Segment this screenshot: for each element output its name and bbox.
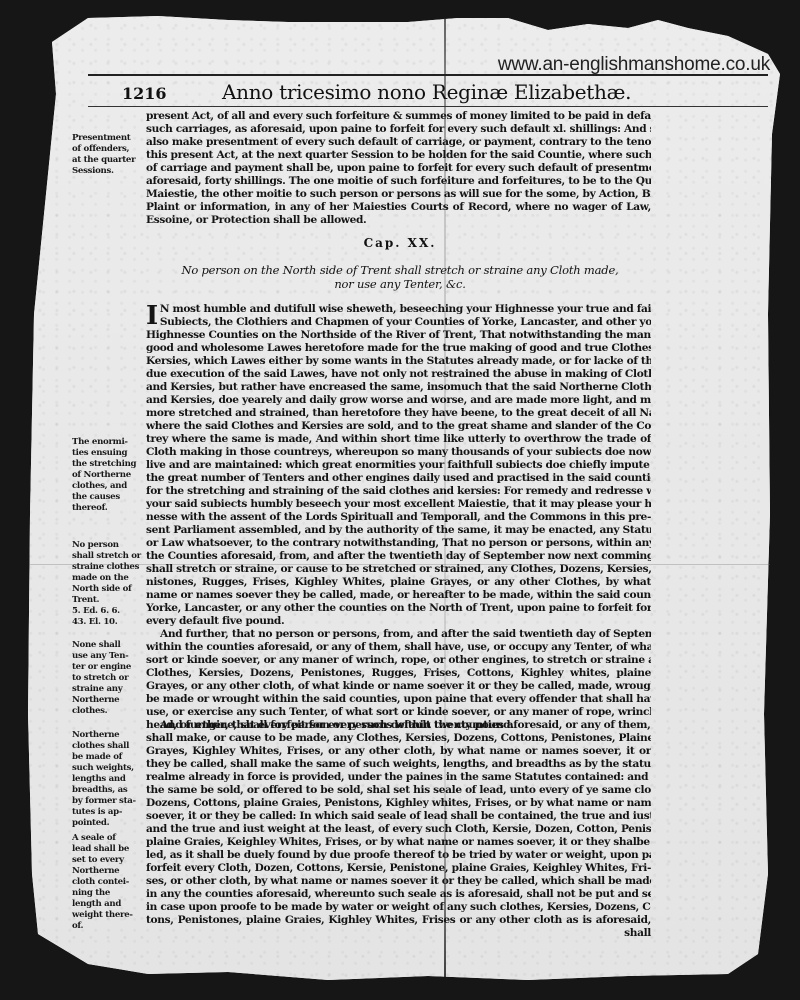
- text-line: they be called, shall make the same of s…: [146, 758, 651, 771]
- header-rule-bottom: [88, 106, 768, 107]
- text-line: And further, that no person or persons, …: [146, 628, 651, 641]
- text-line: name or names soever they be called, mad…: [146, 589, 651, 602]
- margin-note-line: straine any: [72, 684, 144, 695]
- margin-note-line: of offenders,: [72, 144, 144, 155]
- margin-note-line: set to every: [72, 855, 144, 866]
- drop-cap: I: [146, 304, 158, 328]
- margin-note-line: cloth contei-: [72, 877, 144, 888]
- text-line: use, or exercise any such Tenter, of wha…: [146, 706, 651, 719]
- margin-note-line: lead shall be: [72, 844, 144, 855]
- margin-note-line: Trent.: [72, 595, 144, 606]
- text-line: N most humble and dutifull wise sheweth,…: [160, 303, 651, 316]
- text-line: Plaint or information, in any of her Mai…: [146, 201, 651, 214]
- margin-note-weights: Northerneclothes shallbe made ofsuch wei…: [72, 730, 144, 829]
- summary-line: No person on the North side of Trent sha…: [0, 263, 800, 277]
- margin-note-line: be made of: [72, 752, 144, 763]
- text-line: live and are maintained: which great eno…: [146, 459, 651, 472]
- margin-note-line: at the quarter: [72, 155, 144, 166]
- margin-note-line: use any Ten-: [72, 651, 144, 662]
- margin-note-line: Northerne: [72, 730, 144, 741]
- margin-note-line: the stretching: [72, 459, 144, 470]
- running-header: 1216 Anno tricesimo nono Reginæ Elizabet…: [122, 80, 742, 104]
- margin-note-enormities: The enormi-ties ensuingthe stretchingof …: [72, 437, 144, 514]
- text-line: also make presentment of every such defa…: [146, 136, 651, 149]
- paragraph-presentment: present Act, of all and every such forfe…: [146, 110, 651, 227]
- margin-note-line: lengths and: [72, 774, 144, 785]
- watermark-url: www.an-englishmanshome.co.uk: [498, 54, 770, 76]
- text-line: and Kersies, doe yearely and daily grow …: [146, 394, 651, 407]
- text-line: ses, or other cloth, by what name or nam…: [146, 875, 651, 888]
- margin-note-line: The enormi-: [72, 437, 144, 448]
- margin-note-line: Northerne: [72, 866, 144, 877]
- margin-note-line: A seale of: [72, 833, 144, 844]
- margin-note-line: Northerne: [72, 695, 144, 706]
- paragraph-tenters: And further, that no person or persons, …: [146, 628, 651, 732]
- margin-note-line: breadths, as: [72, 785, 144, 796]
- margin-note-line: of Northerne: [72, 470, 144, 481]
- text-line: led, as it shall be duely found by due p…: [146, 849, 651, 862]
- margin-note-line: straine clothes: [72, 562, 144, 573]
- text-line: realme already in force is provided, und…: [146, 771, 651, 784]
- margin-note-line: made on the: [72, 573, 144, 584]
- text-line: sent Parliament assembled, and by the au…: [146, 524, 651, 537]
- margin-note-line: such weights,: [72, 763, 144, 774]
- text-line: sort or kinde soever, or any maner of wr…: [146, 654, 651, 667]
- margin-note-line: of.: [72, 921, 144, 932]
- text-line: due execution of the said Lawes, have no…: [146, 368, 651, 381]
- text-line: plaine Graies, Keighley Whites, Frises, …: [146, 836, 651, 849]
- margin-note-no-stretching: No personshall stretch orstraine clothes…: [72, 540, 144, 628]
- text-line: in case upon proofe to be made by water …: [146, 901, 651, 914]
- text-line: the Counties aforesaid, from, and after …: [146, 550, 651, 563]
- paragraph-preamble: IN most humble and dutifull wise sheweth…: [146, 303, 651, 628]
- margin-note-line: North side of: [72, 584, 144, 595]
- text-line: be made or wrought within the said count…: [146, 693, 651, 706]
- text-line: shall make, or cause to be made, any Clo…: [146, 732, 651, 745]
- text-line: shall stretch or straine, or cause to be…: [146, 563, 651, 576]
- margin-note-line: the causes: [72, 492, 144, 503]
- chapter-heading: Cap. XX.: [0, 236, 800, 250]
- margin-note-line: clothes, and: [72, 481, 144, 492]
- text-line: your said subiects humbly beseech your m…: [146, 498, 651, 511]
- margin-note-line: by former sta-: [72, 796, 144, 807]
- text-line: the same be sold, or offered to be sold,…: [146, 784, 651, 797]
- text-line: Maiestie, the other moitie to such perso…: [146, 188, 651, 201]
- margin-note-line: 43. El. 10.: [72, 617, 144, 628]
- text-line: the great number of Tenters and other en…: [146, 472, 651, 485]
- margin-note-line: clothes.: [72, 706, 144, 717]
- margin-note-presentment: Presentmentof offenders,at the quarterSe…: [72, 133, 144, 177]
- catchword: shall: [146, 927, 651, 940]
- margin-note-line: ning the: [72, 888, 144, 899]
- text-line: and the true and iust weight at the leas…: [146, 823, 651, 836]
- text-line: Cloth making in those countreys, whereup…: [146, 446, 651, 459]
- margin-note-no-tenter: None shalluse any Ten-ter or engineto st…: [72, 640, 144, 717]
- text-line: of carriage and payment shall be, upon p…: [146, 162, 651, 175]
- text-line: Subiects, the Clothiers and Chapmen of y…: [160, 316, 651, 329]
- summary-line: nor use any Tenter, &c.: [0, 277, 800, 291]
- text-line: Clothes, Kersies, Dozens, Penistones, Ru…: [146, 667, 651, 680]
- text-line: more stretched and strained, than hereto…: [146, 407, 651, 420]
- margin-note-line: pointed.: [72, 818, 144, 829]
- text-line: Highnesse Counties on the Northside of t…: [146, 329, 651, 342]
- margin-note-line: shall stretch or: [72, 551, 144, 562]
- text-line: for the stretching and straining of the …: [146, 485, 651, 498]
- page-number: 1216: [122, 84, 222, 103]
- text-line: And further, that every person or person…: [146, 719, 651, 732]
- margin-note-line: tutes is ap-: [72, 807, 144, 818]
- text-line: good and wholesome Lawes heretofore made…: [146, 342, 651, 355]
- text-line: aforesaid, forty shillings. The one moit…: [146, 175, 651, 188]
- text-line: nesse with the assent of the Lords Spiri…: [146, 511, 651, 524]
- margin-note-line: None shall: [72, 640, 144, 651]
- chapter-summary: No person on the North side of Trent sha…: [0, 263, 800, 291]
- margin-note-line: thereof.: [72, 503, 144, 514]
- text-line: within the counties aforesaid, or any of…: [146, 641, 651, 654]
- text-line: or Law whatsoever, to the contrary notwi…: [146, 537, 651, 550]
- text-line: trey where the same is made, And within …: [146, 433, 651, 446]
- text-line: Grayes, Kighley Whites, Frises, or any o…: [146, 745, 651, 758]
- text-line: nistones, Rugges, Frises, Kighley Whites…: [146, 576, 651, 589]
- margin-note-line: clothes shall: [72, 741, 144, 752]
- text-line: this present Act, at the next quarter Se…: [146, 149, 651, 162]
- margin-note-line: No person: [72, 540, 144, 551]
- text-line: every default five pound.: [146, 615, 651, 628]
- text-line: Kersies, which Lawes either by some want…: [146, 355, 651, 368]
- margin-note-line: Presentment: [72, 133, 144, 144]
- margin-note-line: Sessions.: [72, 166, 144, 177]
- text-line: where the said Clothes and Kersies are s…: [146, 420, 651, 433]
- margin-note-line: length and: [72, 899, 144, 910]
- paragraph-seal: And further, that every person or person…: [146, 719, 651, 940]
- margin-note-line: ties ensuing: [72, 448, 144, 459]
- running-title: Anno tricesimo nono Reginæ Elizabethæ.: [222, 80, 631, 104]
- margin-note-line: weight there-: [72, 910, 144, 921]
- text-line: forfeit every Cloth, Dozen, Cottons, Ker…: [146, 862, 651, 875]
- text-line: Dozens, Cottons, plaine Graies, Peniston…: [146, 797, 651, 810]
- text-line: present Act, of all and every such forfe…: [146, 110, 651, 123]
- text-line: soever, it or they be called: In which s…: [146, 810, 651, 823]
- text-line: such carriages, as aforesaid, upon paine…: [146, 123, 651, 136]
- text-line: Essoine, or Protection shall be allowed.: [146, 214, 651, 227]
- margin-note-line: 5. Ed. 6. 6.: [72, 606, 144, 617]
- margin-note-line: to stretch or: [72, 673, 144, 684]
- text-line: tons, Penistones, plaine Graies, Kighley…: [146, 914, 651, 927]
- text-line: Yorke, Lancaster, or any other the count…: [146, 602, 651, 615]
- text-line: Grayes, or any other cloth, of what kind…: [146, 680, 651, 693]
- text-line: in any the counties aforesaid, whereunto…: [146, 888, 651, 901]
- header-rule: [88, 74, 768, 76]
- margin-note-line: ter or engine: [72, 662, 144, 673]
- text-line: and Kersies, but rather have encreased t…: [146, 381, 651, 394]
- margin-note-seal-of-lead: A seale oflead shall beset to everyNorth…: [72, 833, 144, 932]
